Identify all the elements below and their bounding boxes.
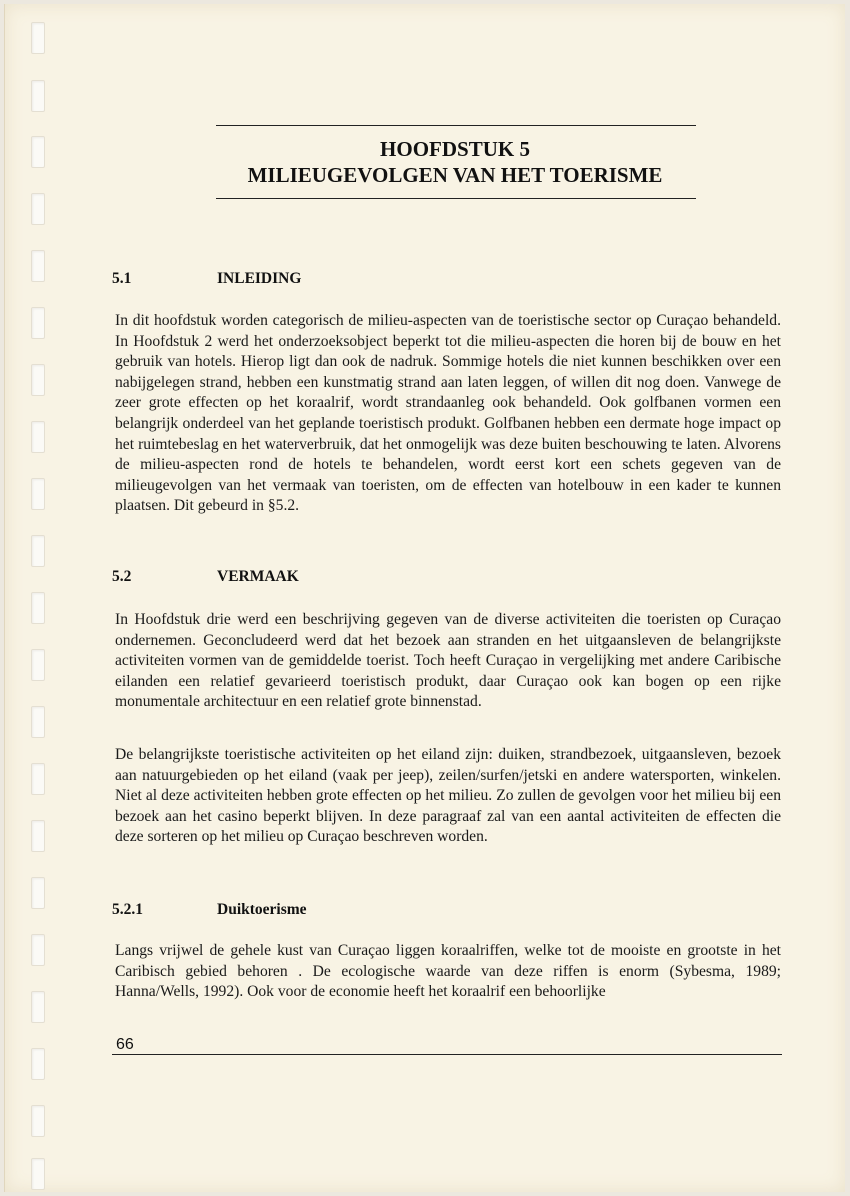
page-number: 66 [116, 1036, 134, 1054]
binding-hole [31, 991, 45, 1023]
section-number: 5.1 [112, 270, 131, 288]
binding-hole [31, 250, 45, 282]
binding-hole [31, 592, 45, 624]
binding-hole [31, 307, 45, 339]
section-title: VERMAAK [217, 568, 299, 586]
chapter-top-rule [216, 125, 696, 126]
section-number: 5.2.1 [112, 901, 143, 919]
chapter-label: HOOFDSTUK 5 [220, 137, 690, 162]
binding-hole [31, 649, 45, 681]
binding-hole [31, 80, 45, 112]
paragraph-duiktoerisme: Langs vrijwel de gehele kust van Curaçao… [115, 941, 781, 1003]
binding-hole [31, 22, 45, 54]
binding-hole [31, 535, 45, 567]
section-number: 5.2 [112, 568, 131, 586]
paragraph-intro: In dit hoofdstuk worden categorisch de m… [115, 311, 781, 517]
binding-hole [31, 364, 45, 396]
binding-hole [31, 478, 45, 510]
binding-hole [31, 1158, 45, 1190]
section-title: Duiktoerisme [217, 901, 307, 919]
binding-hole [31, 1105, 45, 1137]
chapter-bottom-rule [216, 198, 696, 199]
paragraph-vermaak-1: In Hoofdstuk drie werd een beschrijving … [115, 610, 781, 713]
binding-hole [31, 820, 45, 852]
binding-hole [31, 421, 45, 453]
binding-hole [31, 706, 45, 738]
binding-hole [31, 934, 45, 966]
section-title: INLEIDING [217, 270, 301, 288]
binding-hole [31, 136, 45, 168]
binding-hole [31, 877, 45, 909]
binding-hole [31, 193, 45, 225]
binding-hole [31, 1048, 45, 1080]
paragraph-vermaak-2: De belangrijkste toeristische activiteit… [115, 745, 781, 848]
footer-rule [112, 1054, 782, 1055]
chapter-title: MILIEUGEVOLGEN VAN HET TOERISME [220, 163, 690, 188]
document-page: HOOFDSTUK 5 MILIEUGEVOLGEN VAN HET TOERI… [4, 4, 845, 1192]
binding-holes [31, 18, 45, 1188]
binding-hole [31, 763, 45, 795]
